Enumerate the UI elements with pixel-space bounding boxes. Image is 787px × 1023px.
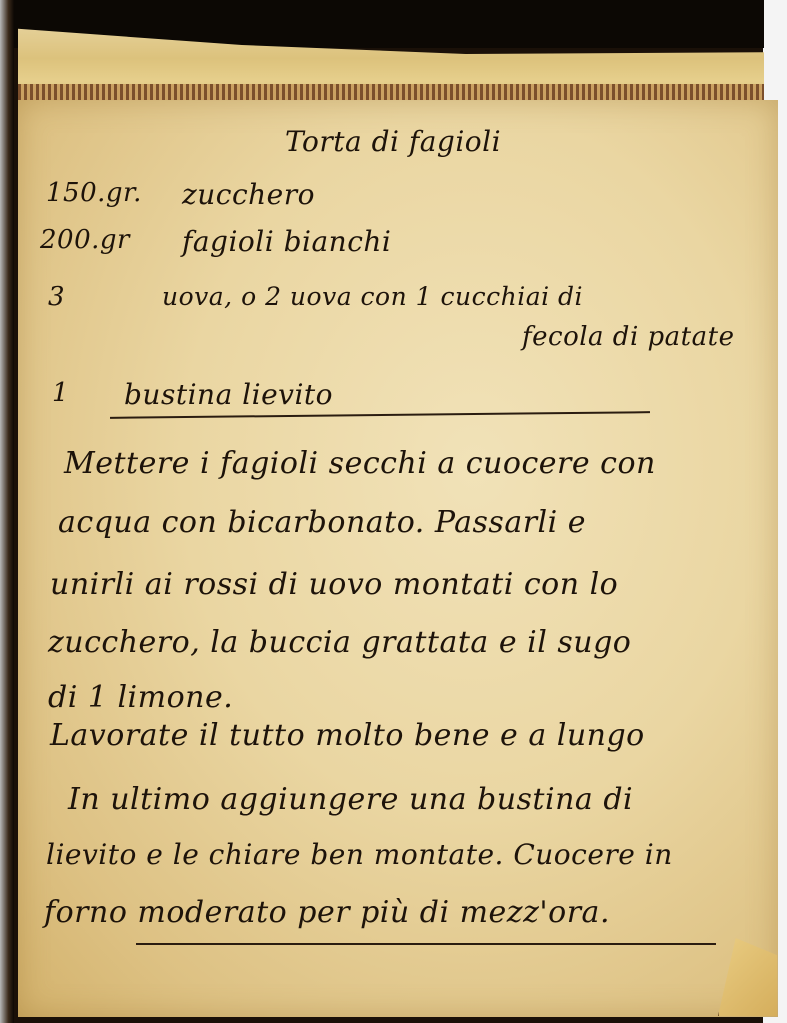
ingredient-item: fecola di patate — [522, 322, 734, 352]
ingredient-item: uova, o 2 uova con 1 cucchiai di — [162, 282, 583, 311]
instruction-line: Lavorate il tutto molto bene e a lungo — [50, 718, 645, 753]
ingredient-item: zucchero — [182, 178, 315, 211]
notebook-spine-edge — [0, 0, 14, 1023]
instruction-line: acqua con bicarbonato. Passarli e — [58, 505, 586, 540]
ingredient-item: fagioli bianchi — [182, 225, 391, 258]
ingredient-qty: 200.gr — [40, 225, 130, 255]
recipe-page — [18, 100, 778, 1017]
instruction-line: di 1 limone. — [48, 680, 233, 715]
instruction-line: zucchero, la buccia grattata e il sugo — [48, 625, 631, 660]
ingredient-item: bustina lievito — [124, 378, 333, 411]
instruction-line: unirli ai rossi di uovo montati con lo — [50, 567, 618, 602]
recipe-title: Torta di fagioli — [285, 125, 501, 158]
instruction-line: forno moderato per più di mezz'ora. — [44, 895, 610, 930]
instruction-line: lievito e le chiare ben montate. Cuocere… — [46, 838, 673, 871]
instruction-line: Mettere i fagioli secchi a cuocere con — [64, 446, 656, 481]
instruction-line: In ultimo aggiungere una bustina di — [68, 782, 633, 817]
ingredient-qty: 3 — [48, 282, 65, 312]
binding-stitch — [18, 84, 764, 100]
end-divider — [136, 943, 716, 945]
ingredient-qty: 150.gr. — [46, 178, 142, 208]
ingredient-qty: 1 — [52, 378, 69, 408]
